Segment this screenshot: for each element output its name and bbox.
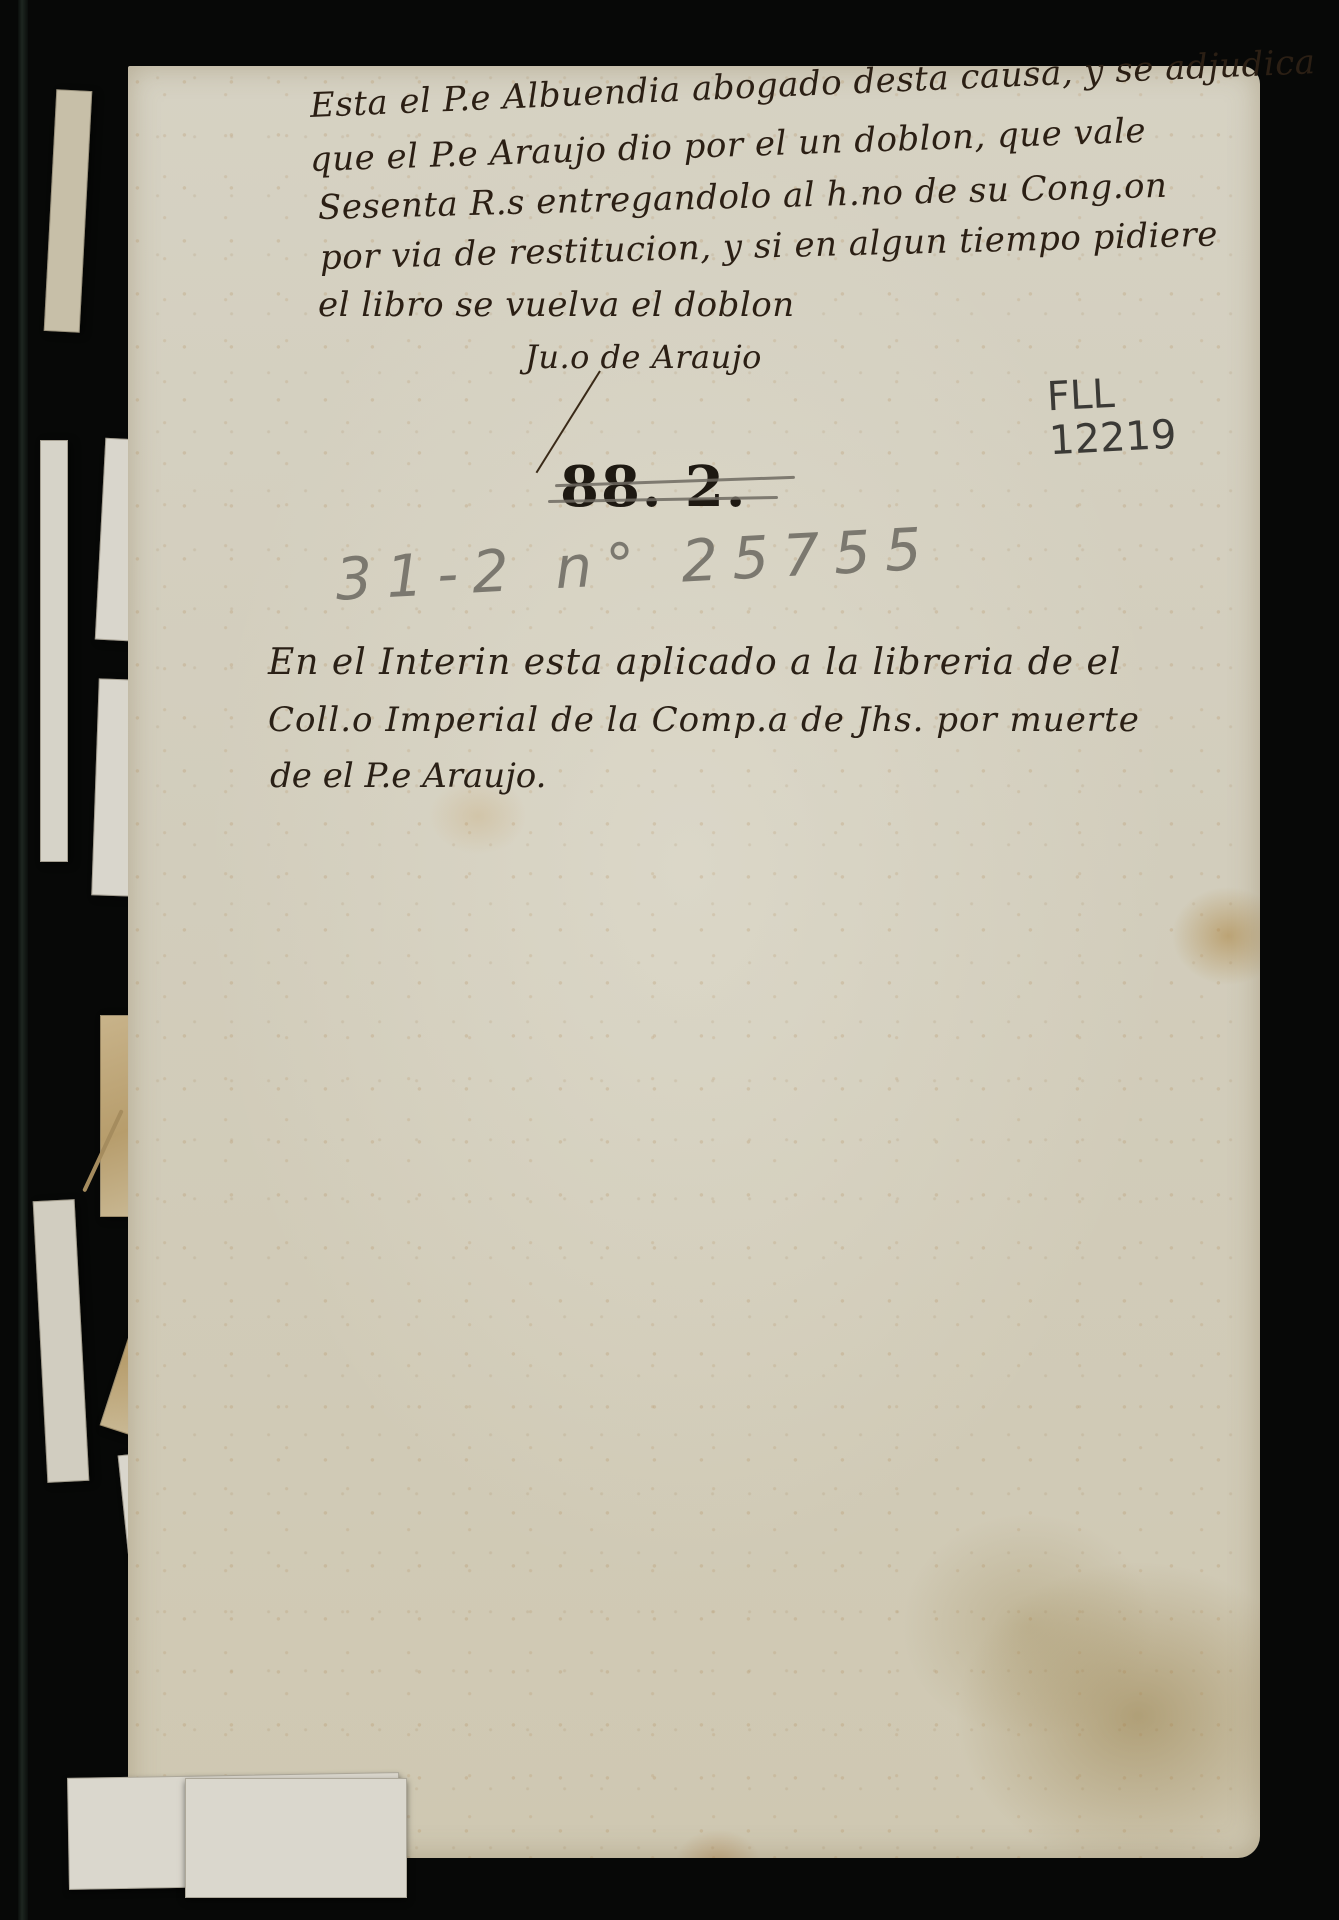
note-line: Coll.o Imperial de la Comp.a de Jhs. por…: [268, 700, 1140, 740]
manuscript-page: [128, 66, 1260, 1858]
binding-fragment: [40, 440, 68, 862]
inscription-line: el libro se vuelva el doblon: [318, 285, 795, 325]
library-id-number: 12219: [1048, 413, 1177, 464]
library-id: FLL 12219: [1046, 369, 1178, 464]
binding-fragment: [33, 1199, 90, 1483]
bottom-binding-flap: [185, 1778, 407, 1898]
struck-shelfmark: 88. 2.: [560, 454, 747, 520]
binding-fragment: [44, 89, 93, 333]
cover-edge: [18, 0, 28, 1920]
manuscript-scan: Esta el P.e Albuendia abogado desta caus…: [0, 0, 1339, 1920]
signature: Ju.o de Araujo: [525, 338, 762, 376]
note-line: En el Interin esta aplicado a la libreri…: [268, 642, 1121, 683]
note-line: de el P.e Araujo.: [270, 756, 546, 796]
